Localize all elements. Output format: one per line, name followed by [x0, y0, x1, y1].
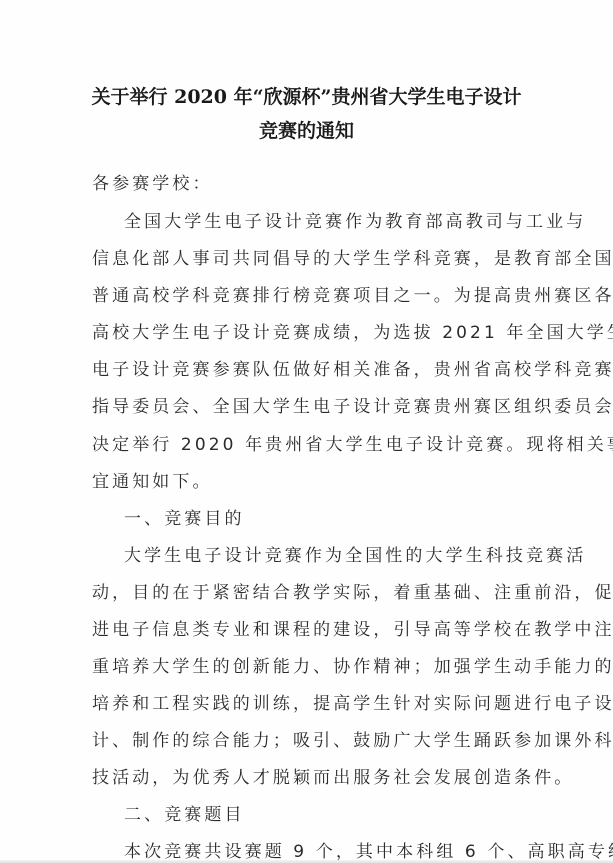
paragraph-2-line: 进电子信息类专业和课程的建设，引导高等学校在教学中注: [92, 619, 522, 641]
paragraph-2-line: 大学生电子设计竞赛作为全国性的大学生科技竞赛活: [124, 545, 554, 567]
document-page: 关于举行 2020 年“欣源杯”贵州省大学生电子设计 竞赛的通知 各参赛学校： …: [0, 0, 613, 863]
paragraph-1-line: 信息化部人事司共同倡导的大学生学科竞赛，是教育部全国: [92, 248, 522, 270]
document-title-line-2: 竞赛的通知: [0, 120, 613, 142]
section-2-heading: 二、竞赛题目: [124, 804, 554, 826]
paragraph-1-line: 决定举行 2020 年贵州省大学生电子设计竞赛。现将相关事: [92, 434, 522, 456]
document-title-line-1: 关于举行 2020 年“欣源杯”贵州省大学生电子设计: [0, 86, 613, 108]
paragraph-2-line: 重培养大学生的创新能力、协作精神；加强学生动手能力的: [92, 656, 522, 678]
paragraph-1-line: 全国大学生电子设计竞赛作为教育部高教司与工业与: [124, 211, 554, 233]
paragraph-1-line: 电子设计竞赛参赛队伍做好相关准备，贵州省高校学科竞赛: [92, 359, 522, 381]
paragraph-2-line: 动，目的在于紧密结合教学实际，着重基础、注重前沿，促: [92, 582, 522, 604]
paragraph-2-line: 培养和工程实践的训练，提高学生针对实际问题进行电子设: [92, 693, 522, 715]
section-1-heading: 一、竞赛目的: [124, 508, 554, 530]
paragraph-1-line: 普通高校学科竞赛排行榜竞赛项目之一。为提高贵州赛区各: [92, 285, 522, 307]
paragraph-1-line: 宜通知如下。: [92, 471, 522, 493]
paragraph-1-line: 高校大学生电子设计竞赛成绩，为选拔 2021 年全国大学生: [92, 322, 522, 344]
paragraph-2-line: 技活动，为优秀人才脱颖而出服务社会发展创造条件。: [92, 767, 522, 789]
paragraph-1-line: 指导委员会、全国大学生电子设计竞赛贵州赛区组织委员会: [92, 396, 522, 418]
paragraph-2-line: 计、制作的综合能力；吸引、鼓励广大学生踊跃参加课外科: [92, 730, 522, 752]
salutation: 各参赛学校：: [92, 173, 522, 195]
